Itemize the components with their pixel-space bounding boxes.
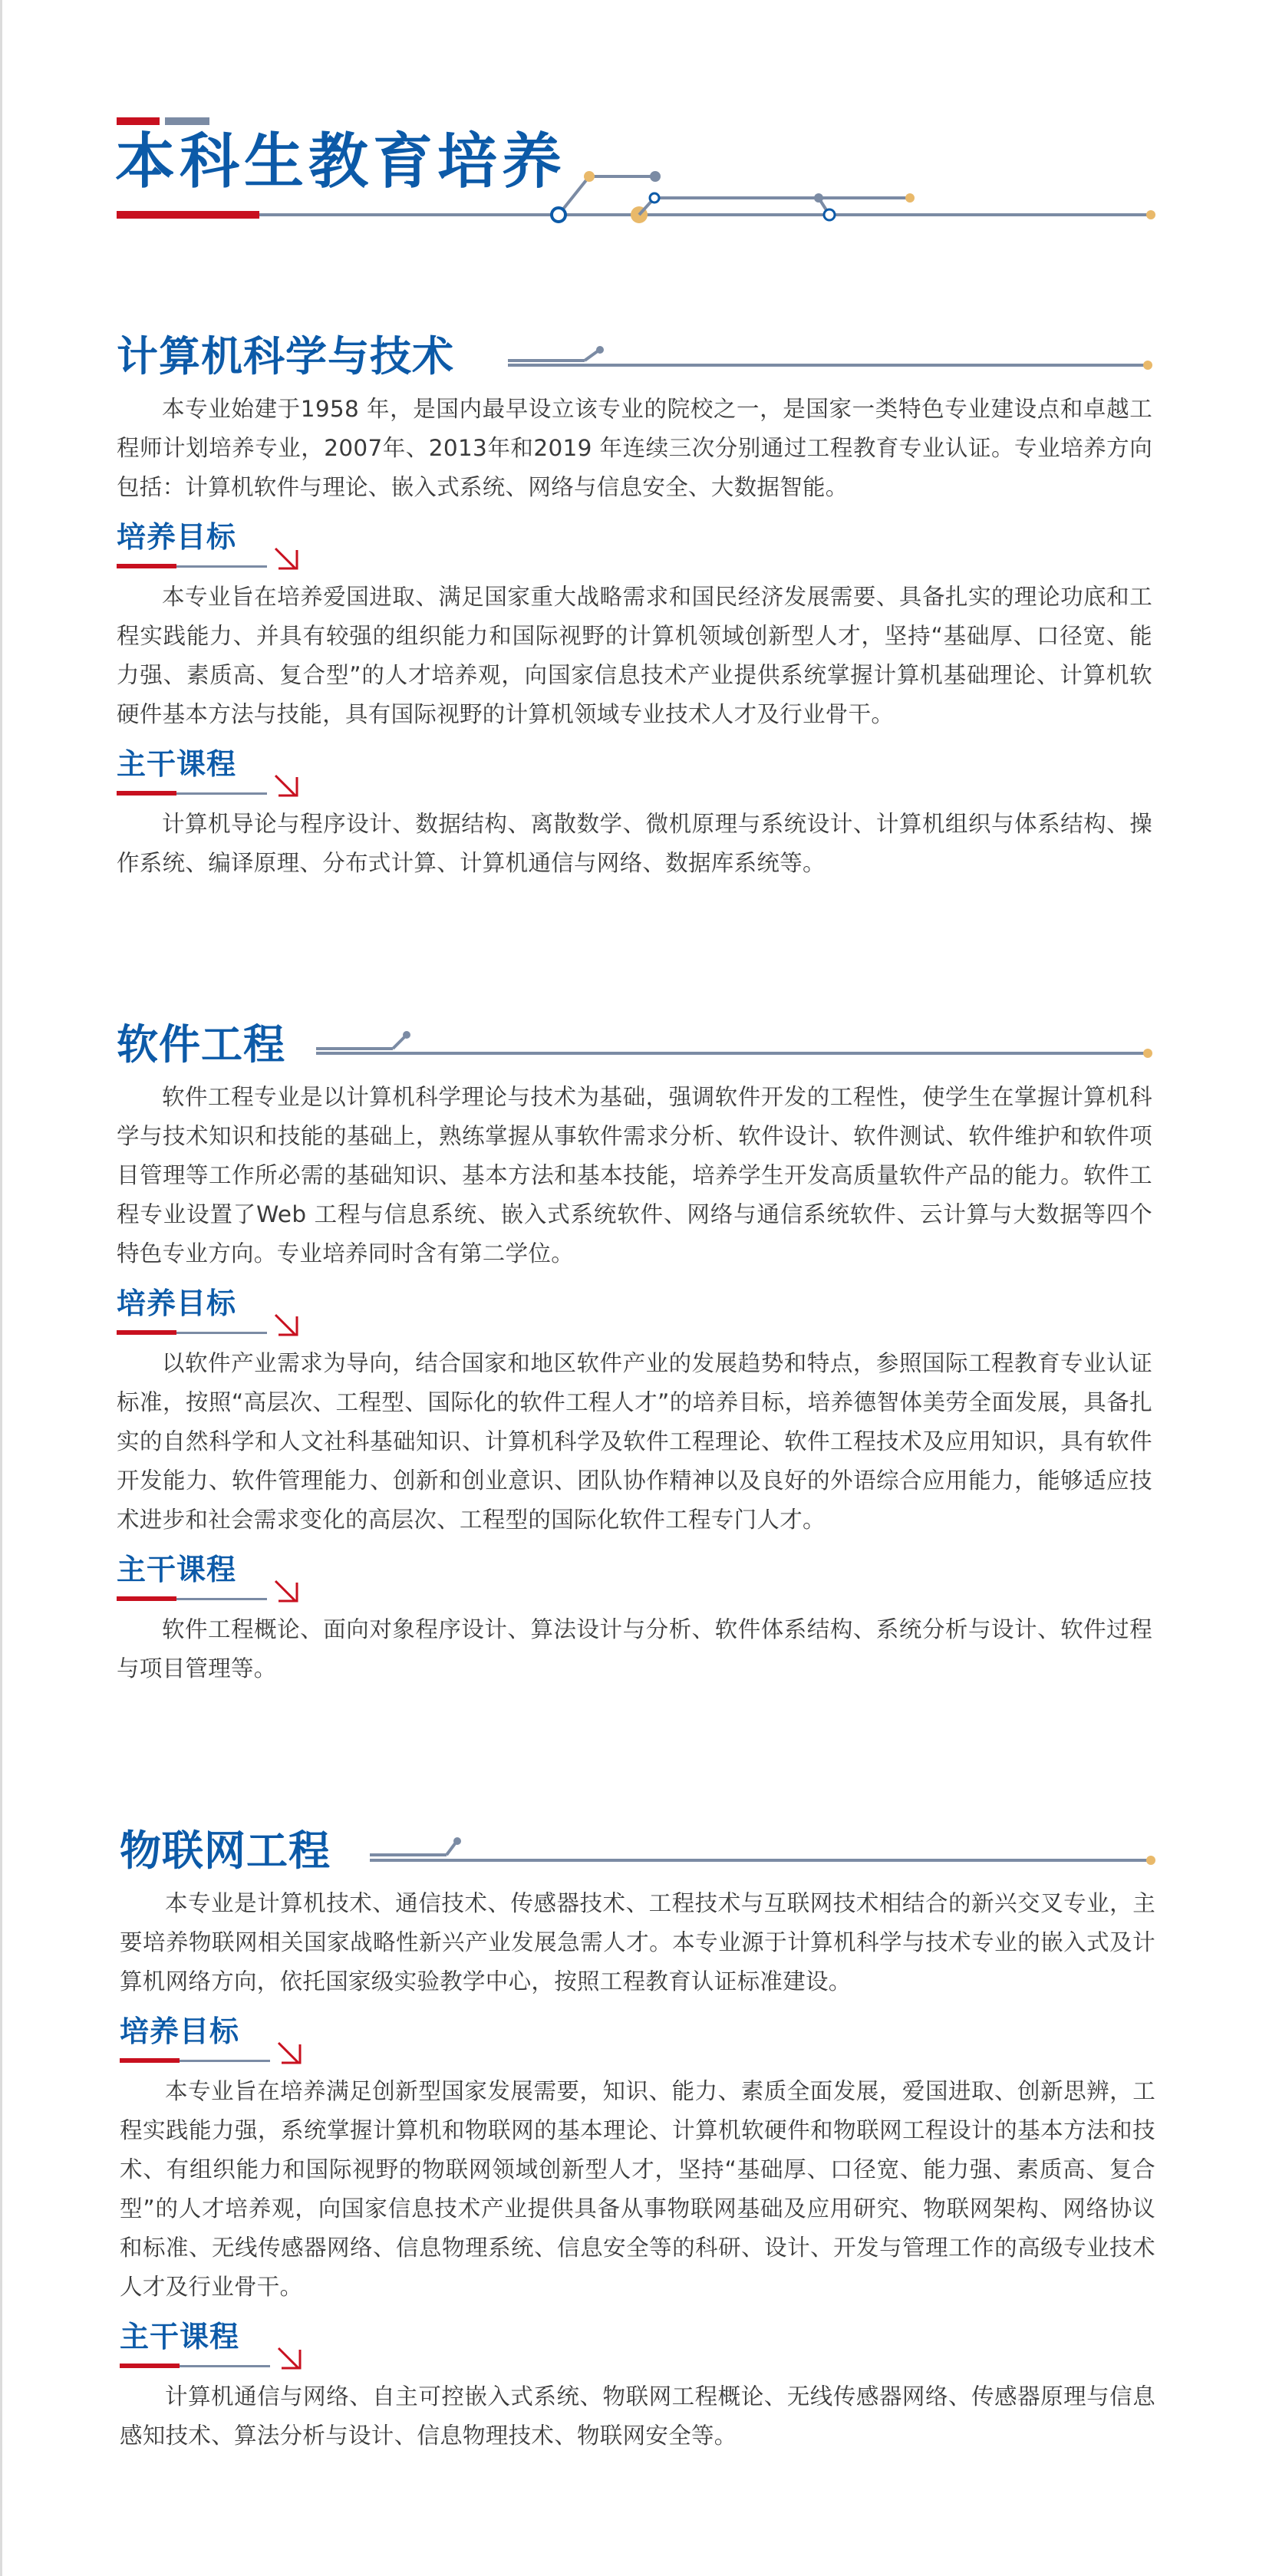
subheading-bar-gray xyxy=(176,565,267,568)
section-intro: 本专业是计算机技术、通信技术、传感器技术、工程技术与互联网技术相结合的新兴交叉专… xyxy=(120,1884,1155,2001)
arrow-down-right-icon xyxy=(274,772,300,799)
subheading-bar-red xyxy=(117,791,176,796)
circuit-line-decoration-icon xyxy=(508,330,1152,390)
section-title: 物联网工程 xyxy=(120,1824,331,1878)
subheading-bar-red xyxy=(117,1596,176,1601)
subheading-training-goal: 培养目标 xyxy=(117,1283,1152,1344)
circuit-line-decoration-icon xyxy=(370,1824,1155,1884)
training-goal-text: 以软件产业需求为导向，结合国家和地区软件产业的发展趋势和特点，参照国际工程教育专… xyxy=(117,1344,1152,1540)
training-goal-text: 本专业旨在培养满足创新型国家发展需要，知识、能力、素质全面发展，爱国进取、创新思… xyxy=(120,2072,1155,2307)
subheading-core-courses: 主干课程 xyxy=(117,1549,1152,1610)
subheading-bar-gray xyxy=(176,792,267,795)
section-header: 软件工程 xyxy=(117,1018,1152,1078)
subheading-bar-red xyxy=(117,1330,176,1335)
subheading-label: 主干课程 xyxy=(120,2317,239,2356)
core-courses-text: 计算机导论与程序设计、数据结构、离散数学、微机原理与系统设计、计算机组织与体系结… xyxy=(117,805,1152,883)
subheading-bar-gray xyxy=(180,2365,270,2367)
subheading-bar-gray xyxy=(176,1598,267,1600)
subheading-core-courses: 主干课程 xyxy=(117,743,1152,805)
section-title: 软件工程 xyxy=(117,1018,285,1072)
section-iot-engineering: 物联网工程 本专业是计算机技术、通信技术、传感器技术、工程技术与互联网技术相结合… xyxy=(120,1824,1155,2456)
section-intro: 软件工程专业是以计算机科学理论与技术为基础，强调软件开发的工程性，使学生在掌握计… xyxy=(117,1078,1152,1273)
section-title: 计算机科学与技术 xyxy=(117,330,454,384)
subheading-label: 培养目标 xyxy=(117,518,236,556)
circuit-line-decoration-icon xyxy=(316,1018,1152,1078)
subheading-training-goal: 培养目标 xyxy=(117,516,1152,578)
section-computer-science: 计算机科学与技术 本专业始建于1958 年，是国内最早设立该专业的院校之一，是国… xyxy=(117,330,1152,883)
subheading-label: 培养目标 xyxy=(120,2012,239,2051)
subheading-bar-red xyxy=(117,564,176,568)
section-header: 物联网工程 xyxy=(120,1824,1155,1884)
subheading-bar-gray xyxy=(180,2060,270,2062)
section-intro: 本专业始建于1958 年，是国内最早设立该专业的院校之一，是国家一类特色专业建设… xyxy=(117,390,1152,507)
section-software-engineering: 软件工程 软件工程专业是以计算机科学理论与技术为基础，强调软件开发的工程性，使学… xyxy=(117,1018,1152,1688)
subheading-bar-red xyxy=(120,2364,180,2368)
subheading-label: 主干课程 xyxy=(117,1550,236,1589)
page-left-border xyxy=(0,0,2,2576)
subheading-core-courses: 主干课程 xyxy=(120,2316,1155,2377)
arrow-down-right-icon xyxy=(274,545,300,572)
subheading-bar-red xyxy=(120,2058,180,2063)
main-header: 本科生教育培养 xyxy=(115,115,1159,230)
arrow-down-right-icon xyxy=(277,2345,303,2371)
subheading-label: 主干课程 xyxy=(117,745,236,783)
subheading-bar-gray xyxy=(176,1332,267,1334)
training-goal-text: 本专业旨在培养爱国进取、满足国家重大战略需求和国民经济发展需要、具备扎实的理论功… xyxy=(117,578,1152,734)
section-header: 计算机科学与技术 xyxy=(117,330,1152,390)
subheading-label: 培养目标 xyxy=(117,1284,236,1323)
arrow-down-right-icon xyxy=(274,1578,300,1604)
core-courses-text: 软件工程概论、面向对象程序设计、算法设计与分析、软件体系结构、系统分析与设计、软… xyxy=(117,1610,1152,1688)
core-courses-text: 计算机通信与网络、自主可控嵌入式系统、物联网工程概论、无线传感器网络、传感器原理… xyxy=(120,2377,1155,2456)
arrow-down-right-icon xyxy=(277,2040,303,2066)
subheading-training-goal: 培养目标 xyxy=(120,2011,1155,2072)
arrow-down-right-icon xyxy=(274,1312,300,1338)
circuit-line-decoration-icon xyxy=(115,115,1159,230)
